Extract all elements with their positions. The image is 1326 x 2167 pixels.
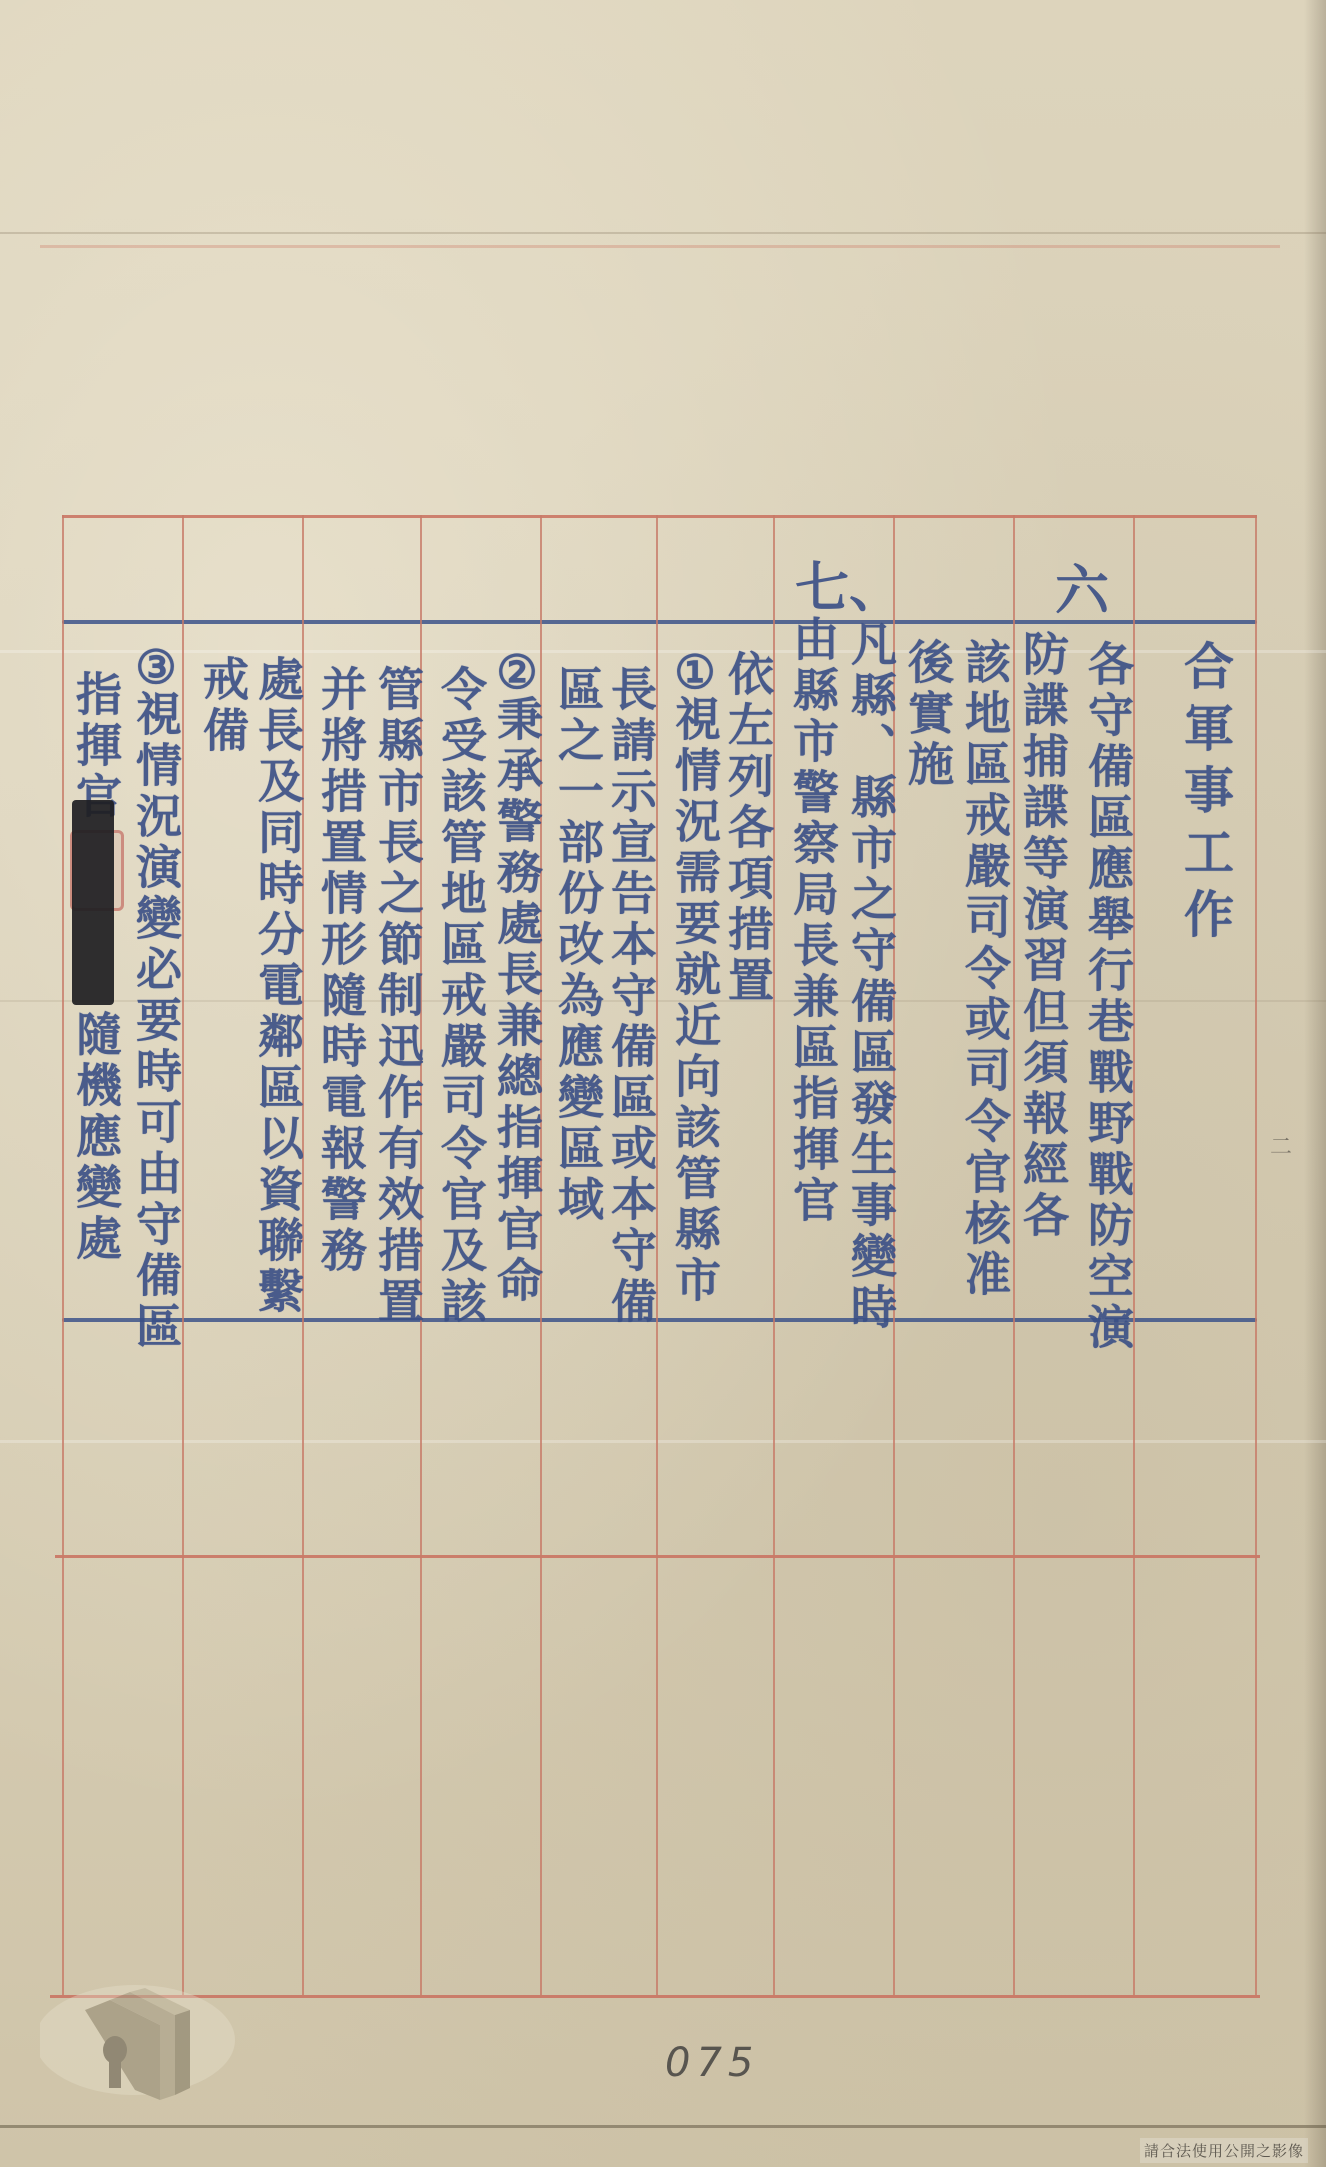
section-6-line-3: 該地區戒嚴司令或司令官核准	[962, 638, 1008, 1301]
archive-logo-icon	[40, 1970, 250, 2110]
section-6-line-1: 各守備區應舉行巷戰野戰防空演	[1085, 640, 1131, 1354]
item-1-line-3: 區之一部份改為應變區域	[555, 665, 601, 1226]
grid-top-line	[62, 515, 1257, 518]
grid-column-line	[1255, 515, 1257, 1995]
item-2-line-2: 令受該管地區戒嚴司令官及該	[438, 665, 484, 1328]
item-3-line-3: 隨機應變處	[73, 1010, 119, 1265]
item-3-line-1: 視情況演變必要時可由守備區	[133, 690, 179, 1353]
section-7-line-2: 由縣市警察局長兼區指揮官	[790, 615, 836, 1227]
item-2-line-4: 并將措置情形隨時電報警務	[318, 665, 364, 1277]
item-1-line-2: 長請示宣告本守備區或本守備	[608, 665, 654, 1328]
item-1-line-1: 視情況需要就近向該管縣市	[672, 695, 718, 1307]
page-edge-shadow	[1304, 0, 1326, 2167]
paper-crease	[0, 2125, 1326, 2128]
section-6-line-2: 防諜捕諜等演習但須報經各	[1020, 630, 1066, 1242]
section-6-line-4: 後實施	[905, 638, 951, 791]
paper-crease	[0, 232, 1326, 234]
section-number-7: 七、	[795, 545, 903, 622]
item-2-line-3: 管縣市長之節制迅作有效措置	[375, 665, 421, 1328]
grid-line	[40, 245, 1280, 248]
paper-fold	[0, 1440, 1326, 1443]
footer-rule	[62, 1318, 1257, 1322]
section-7-line-3: 依左列各項措置	[725, 650, 771, 1007]
section-7-line-1: 凡縣、縣市之守備區發生事變時	[848, 620, 894, 1334]
page-number: 075	[665, 2040, 759, 2086]
margin-annotation: 二	[1270, 1130, 1292, 1161]
section-number-6: 六	[1055, 548, 1109, 625]
item-2-line-5: 處長及同時分電鄰區以資聯繫	[255, 655, 301, 1318]
grid-column-line	[1013, 515, 1015, 1995]
document-title: 合軍事工作	[1180, 640, 1230, 950]
item-2-line-6: 戒備	[200, 655, 246, 757]
grid-column-line	[62, 515, 64, 1995]
usage-watermark: 請合法使用公開之影像	[1140, 2138, 1308, 2163]
redaction-bar	[72, 800, 114, 1005]
item-2-line-1: 秉承警務處長兼總指揮官命	[494, 695, 540, 1307]
